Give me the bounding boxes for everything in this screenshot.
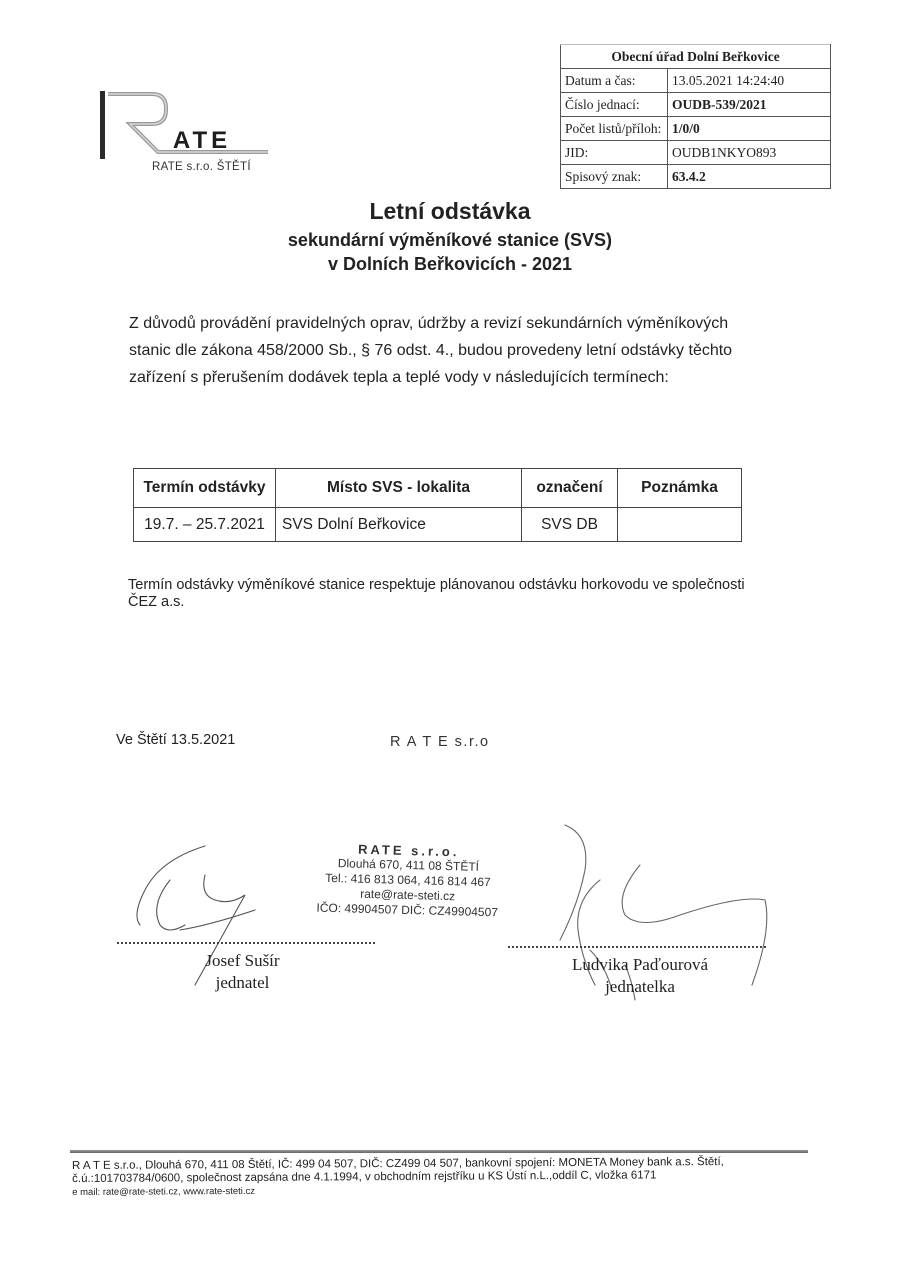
paragraph-line: zařízení s přerušením dodávek tepla a te… <box>129 364 769 391</box>
registry-row: JID: OUDB1NKYO893 <box>561 141 831 165</box>
registry-label: Číslo jednací: <box>561 93 668 117</box>
registry-row: Datum a čas: 13.05.2021 14:24:40 <box>561 69 831 93</box>
company-stamp: RATE s.r.o. Dlouhá 670, 411 08 ŠTĚTÍ Tel… <box>311 840 505 920</box>
registry-row: Spisový znak: 63.4.2 <box>561 165 831 189</box>
logo-bar-icon <box>100 91 105 159</box>
table-row: 19.7. – 25.7.2021 SVS Dolní Beřkovice SV… <box>134 508 742 542</box>
intro-paragraph: Z důvodů provádění pravidelných oprav, ú… <box>129 310 769 391</box>
signatory-1: Josef Sušír jednatel <box>200 950 285 994</box>
table-cell-note <box>618 508 742 542</box>
registry-label: Počet listů/příloh: <box>561 117 668 141</box>
registry-office: Obecní úřad Dolní Beřkovice <box>561 45 831 69</box>
registry-row: Číslo jednací: OUDB-539/2021 <box>561 93 831 117</box>
registry-value: 1/0/0 <box>668 117 831 141</box>
registry-value: 63.4.2 <box>668 165 831 189</box>
column-header: Poznámka <box>618 469 742 508</box>
registry-label: JID: <box>561 141 668 165</box>
table-cell-code: SVS DB <box>522 508 618 542</box>
registry-value: 13.05.2021 14:24:40 <box>668 69 831 93</box>
column-header: Místo SVS - lokalita <box>276 469 522 508</box>
signatory-role: jednatelka <box>565 976 715 998</box>
column-header: označení <box>522 469 618 508</box>
document-subtitle: sekundární výměníkové stanice (SVS) <box>0 230 900 251</box>
registry-stamp: Obecní úřad Dolní Beřkovice Datum a čas:… <box>560 44 831 189</box>
footer: R A T E s.r.o., Dlouhá 670, 411 08 Štětí… <box>72 1155 832 1199</box>
signature-line-2 <box>508 946 766 948</box>
schedule-table: Termín odstávky Místo SVS - lokalita ozn… <box>133 468 742 542</box>
registry-label: Datum a čas: <box>561 69 668 93</box>
table-cell-date: 19.7. – 25.7.2021 <box>134 508 276 542</box>
table-header-row: Termín odstávky Místo SVS - lokalita ozn… <box>134 469 742 508</box>
registry-label: Spisový znak: <box>561 165 668 189</box>
registry-value: OUDB1NKYO893 <box>668 141 831 165</box>
signatory-name: Ludvika Paďourová <box>565 954 715 976</box>
registry-value: OUDB-539/2021 <box>668 93 831 117</box>
paragraph-line: Z důvodů provádění pravidelných oprav, ú… <box>129 310 769 337</box>
handwritten-signatures <box>0 0 900 1278</box>
signatory-role: jednatel <box>200 972 285 994</box>
paragraph-line: stanic dle zákona 458/2000 Sb., § 76 ods… <box>129 337 769 364</box>
logo-letters: ATE <box>173 127 231 154</box>
logo-subtitle: RATE s.r.o. ŠTĚTÍ <box>152 161 251 173</box>
signatory-2: Ludvika Paďourová jednatelka <box>565 954 715 998</box>
footer-rule <box>70 1150 808 1153</box>
place-date: Ve Štětí 13.5.2021 <box>116 732 235 748</box>
signature-line-1 <box>117 942 375 944</box>
company-name: R A T E s.r.o <box>390 734 490 750</box>
document-subtitle-location: v Dolních Beřkovicích - 2021 <box>0 254 900 275</box>
signatory-name: Josef Sušír <box>200 950 285 972</box>
document-title: Letní odstávka <box>0 198 900 225</box>
column-header: Termín odstávky <box>134 469 276 508</box>
note-paragraph: Termín odstávky výměníkové stanice respe… <box>128 577 768 611</box>
table-cell-location: SVS Dolní Beřkovice <box>276 508 522 542</box>
registry-row: Počet listů/příloh: 1/0/0 <box>561 117 831 141</box>
